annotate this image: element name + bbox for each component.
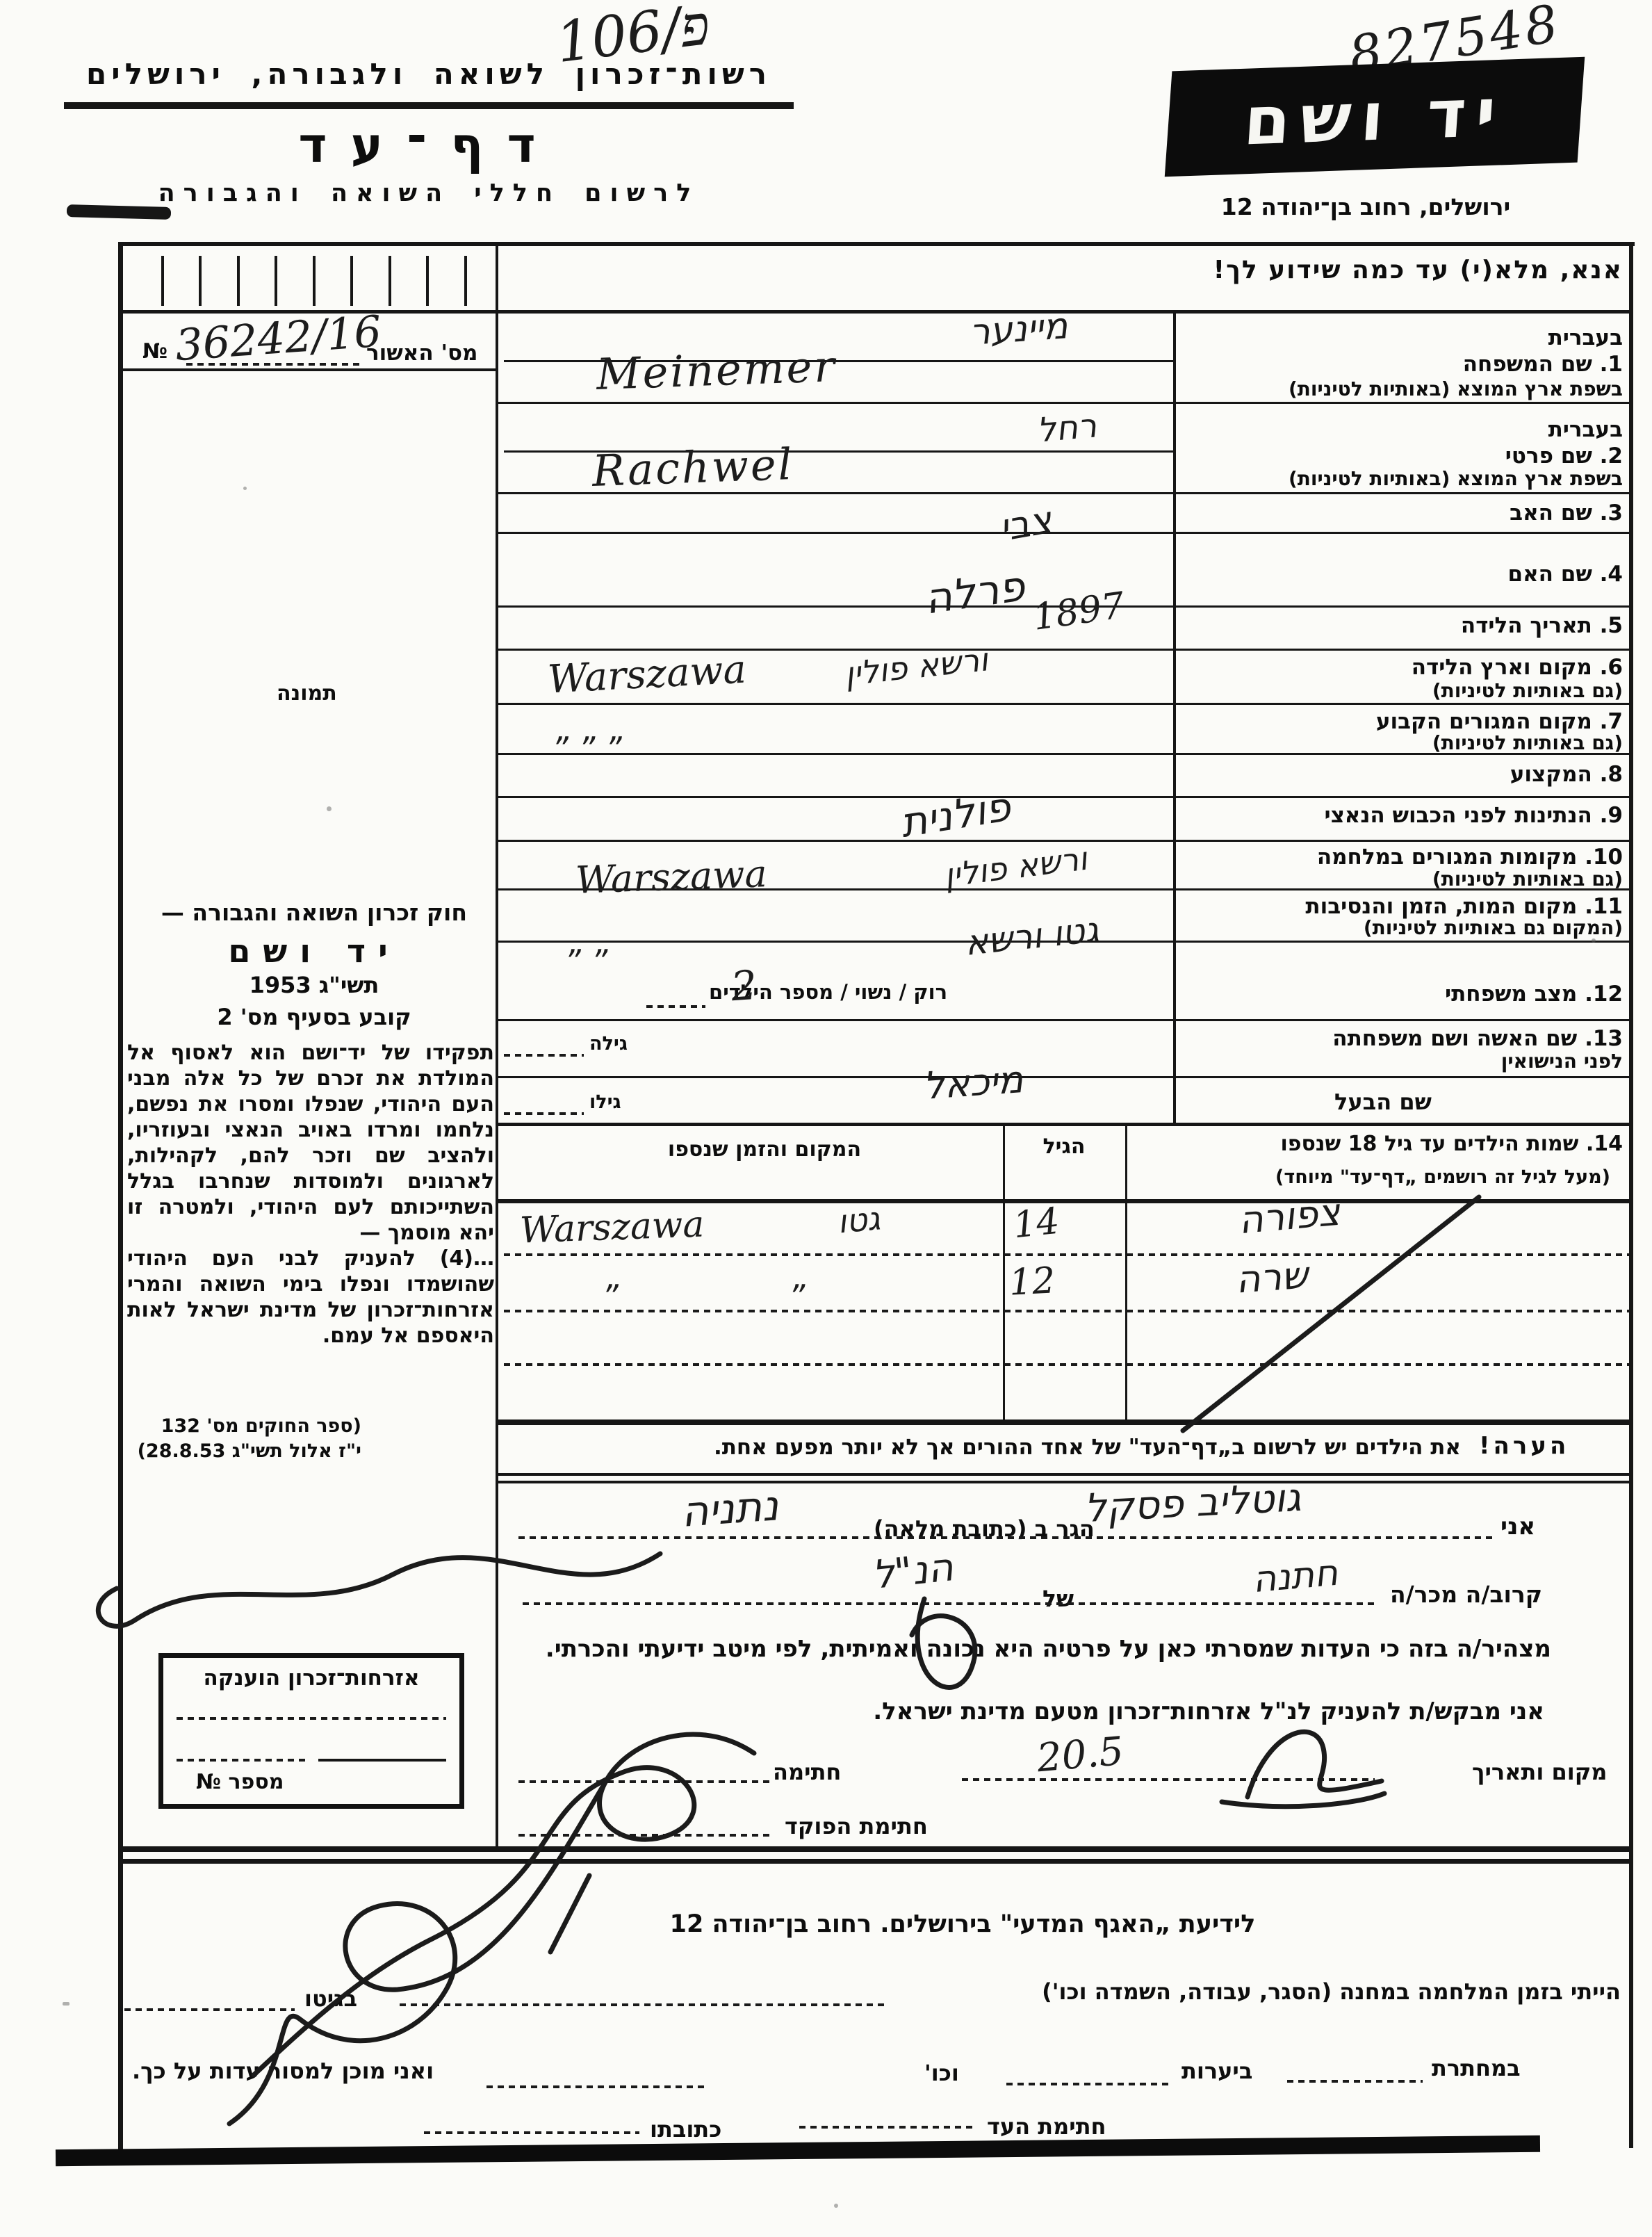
office-address: ירושלים, רחוב בן־יהודה 12 (1147, 193, 1585, 220)
relative-label: קרוב/ה מכר/ה (1390, 1581, 1542, 1608)
signature-label: חתימה (773, 1759, 841, 1785)
form-title: דף־עד (64, 117, 794, 174)
hw-father-name: צבי (996, 498, 1055, 550)
official-signature-dotted (518, 1834, 771, 1837)
note-text: את הילדים יש לרשום ב„דף־העד" של אחד ההור… (530, 1435, 1461, 1460)
table-row-line (504, 1363, 1629, 1366)
table-row-line (504, 1253, 1629, 1256)
row-divider (496, 1019, 1633, 1021)
field11-number: 11. (1585, 894, 1623, 919)
hw-citizenship: פולנית (897, 783, 1014, 847)
of-label: של (1042, 1585, 1074, 1612)
field1-number: 1. (1600, 352, 1623, 377)
field10-number: 10. (1585, 845, 1623, 870)
hw-declarant-name: גוטליב פסקל (1083, 1475, 1302, 1531)
field13-number: 13. (1585, 1026, 1623, 1051)
field3-number: 3. (1600, 501, 1623, 526)
grant-box-dotted-line (177, 1759, 310, 1762)
declaration-request: אני מבקש/ת להעניק לנ"ל אזרחות־זכרון מטעם… (796, 1698, 1544, 1725)
law-name: יד ושם (133, 932, 495, 970)
field11-label-text: מקום המות, הזמן והנסיבות (1305, 894, 1577, 919)
hw-birth-date: 1897 (1030, 585, 1127, 639)
his-age-dotted (504, 1112, 584, 1115)
hw-residence-ditto: „ „ „ (556, 710, 626, 748)
law-paragraph-block: תפקידו של יד־ושם הוא לאסוף אל המולדת את … (127, 1040, 494, 1349)
his-age-label: גילו (589, 1091, 621, 1113)
footer-dotted (486, 2085, 709, 2088)
fill-instruction: אנא, מלא(י) עד כמה שידוע לך! (1213, 256, 1623, 284)
authority-title: רשות־זכרון לשואה ולגבורה, ירושלים (64, 57, 794, 91)
field4-label: 4. שם האם (1508, 562, 1624, 587)
children-field-sub-label: (מעל לגיל זה רושמים „דף־עד" מיוחד) (1275, 1166, 1610, 1188)
field6-label: 6. מקום וארץ הלידה (1412, 655, 1623, 680)
hw-givenname-latin: Rachwel (591, 439, 795, 496)
form-subtitle: לרשום חללי השואה והגבורה (64, 179, 794, 207)
field12-number: 12. (1585, 982, 1623, 1007)
field1-sub-label: בשפת ארץ המוצא (באותיות לטיניות) (1289, 377, 1623, 400)
ruler-tick (199, 256, 202, 306)
photo-placeholder-label: תמונה (277, 681, 337, 706)
footer-dotted (799, 2126, 973, 2129)
ruler-tick (389, 256, 391, 306)
field1-label-text: שם המשפחה (1463, 352, 1592, 377)
left-column-divider (496, 242, 498, 1849)
children-field-label: 14. שמות הילדים עד גיל 18 שנספו (1280, 1132, 1623, 1156)
law-citation-line1: (ספר החוקים מס' 132 (132, 1415, 361, 1437)
witness-address-label: כתובתו (650, 2116, 721, 2142)
date-underline-stroke (1222, 1793, 1384, 1807)
hw-child2-name: שרה (1234, 1253, 1309, 1301)
hw-war-residence-latin: Warszawa (575, 852, 768, 902)
children-field-number: 14. (1586, 1132, 1623, 1156)
field7-label: 7. מקום המגורים הקבוע (1376, 709, 1623, 734)
husband-name-label: שם הבעל (1334, 1089, 1432, 1115)
forests-label: ביערות (1181, 2058, 1252, 2084)
field6-sub-label: (גם באותיות לטיניות) (1432, 679, 1623, 702)
field3-label-text: שם האב (1510, 501, 1592, 526)
grant-box-solid-line (318, 1759, 446, 1762)
hw-surname-hebrew: מיינער (968, 305, 1069, 354)
hw-war-residence-hebrew: ורשא פולין (942, 840, 1089, 895)
witness-signature-label: חתימת העד (987, 2113, 1106, 2140)
ghetto-label: בגיטו (304, 1985, 357, 2012)
double-rule (120, 1859, 1633, 1864)
hw-child2-age: 12 (1008, 1260, 1056, 1303)
etc-label: וכו' (924, 2060, 959, 2086)
ruler-tick (275, 256, 277, 306)
field12-label-text: מצב משפחתי (1445, 982, 1577, 1007)
hw-givenname-hebrew: רחל (1036, 406, 1098, 450)
declarant-i-label: אני (1500, 1513, 1535, 1540)
hw-place-of-death: גטו ורשא (963, 909, 1100, 963)
yad-vashem-logo: יד ושם (1165, 57, 1585, 177)
footer-dotted (1006, 2083, 1172, 2085)
table-vertical-divider (1125, 1123, 1127, 1422)
testimony-page-scan: 106/פ 827548 רשות־זכרון לשואה ולגבורה, י… (0, 0, 1652, 2237)
double-rule (496, 1481, 1633, 1483)
ruler-tick (161, 256, 164, 306)
date-flourish-stroke (1248, 1732, 1382, 1797)
col-header-age: הגיל (1003, 1134, 1125, 1159)
footer-dotted (124, 2008, 295, 2011)
field13-label-text: שם האשה ושם משפחתה (1332, 1026, 1577, 1051)
camp-line-label: הייתי בזמן המלחמה במחנה (הסגר, עבודה, הש… (1042, 1978, 1621, 2005)
field2-label: 2. שם פרטי (1505, 444, 1623, 469)
testify-label: ואני מוכן למסור עדות על כך. (132, 2058, 434, 2084)
hw-child1-age: 14 (1011, 1201, 1061, 1247)
field7-label-text: מקום המגורים הקבוע (1376, 709, 1592, 734)
frame-left (118, 242, 123, 2159)
footer-dotted (400, 2003, 885, 2006)
handwritten-approval-number: 36242/16 (174, 306, 383, 371)
field11-sub-label: (המקום גם באותיות לטיניות) (1364, 916, 1623, 939)
hw-birthplace-latin: Warszawa (546, 647, 747, 703)
field8-label: 8. המקצוע (1510, 762, 1623, 787)
approval-number-label: מס' האשור (366, 341, 477, 366)
ruler-tick (313, 256, 316, 306)
field9-number: 9. (1600, 803, 1623, 828)
speckle (243, 487, 247, 490)
hw-child1-place-latin: Warszawa (519, 1203, 705, 1251)
hw-child1-place-hebrew: גטו (836, 1199, 882, 1240)
field10-sub-label: (גם באותיות לטיניות) (1432, 868, 1623, 890)
field9-label-text: הנתינות לפני הכבוש הנאצי (1324, 803, 1592, 828)
law-clause: קובע בסעיף מס' 2 (133, 1004, 495, 1030)
table-top-rule (496, 1123, 1633, 1126)
declaration-statement: מצהיר/ה בזה כי העדות שמסרתי כאן על פרטיה… (493, 1635, 1551, 1663)
double-rule (120, 1846, 1633, 1852)
frame-bottom-bar (56, 2136, 1540, 2167)
table-header-rule (496, 1199, 1633, 1203)
field5-label-text: תאריך הלידה (1461, 613, 1592, 638)
address-flourish-stroke (98, 1554, 660, 1626)
table-row-line (504, 1310, 1629, 1312)
speckle (1592, 938, 1596, 943)
row-divider (496, 753, 1633, 755)
row-divider (496, 1076, 1633, 1078)
field4-number: 4. (1600, 562, 1623, 587)
field7-sub-label: (גם באותיות לטיניות) (1432, 731, 1623, 754)
col-header-place: המקום והזמן שנספו (542, 1137, 987, 1162)
hw-declarant-address: נתניה (680, 1481, 780, 1537)
approval-number-symbol: № (142, 339, 167, 364)
double-rule (496, 1473, 1633, 1476)
row-divider (496, 532, 1633, 534)
hw-relation-of: הנ"ל (870, 1545, 956, 1598)
hw-child1-name: צפורה (1237, 1190, 1342, 1243)
grant-box-title: אזרחות־זכרון הוענקה (167, 1666, 456, 1691)
field13-label: 13. שם האשה ושם משפחתה (1332, 1026, 1623, 1051)
field2-number: 2. (1600, 444, 1623, 469)
hw-surname-latin: Meinemer (596, 341, 837, 400)
divider (118, 368, 497, 371)
field8-number: 8. (1600, 762, 1623, 787)
declaration-dotted (518, 1536, 1497, 1539)
row-divider (496, 402, 1633, 404)
her-age-label: גילה (589, 1033, 628, 1055)
row-divider (496, 703, 1633, 705)
ruler-tick (237, 256, 240, 306)
footer-dotted (424, 2131, 639, 2134)
law-year: תשי"ג 1953 (133, 972, 495, 998)
field10-label-text: מקומות המגורים במלחמה (1317, 845, 1577, 870)
field9-label: 9. הנתינות לפני הכבוש הנאצי (1324, 803, 1623, 828)
field8-label-text: המקצוע (1510, 762, 1592, 787)
place-date-dotted (962, 1778, 1375, 1781)
field5-number: 5. (1600, 613, 1623, 638)
law-title: חוק זכרון השואה והגבורה — (133, 899, 495, 926)
field7-number: 7. (1600, 709, 1623, 734)
law-text: תפקידו של יד־ושם הוא לאסוף אל המולדת את … (127, 1040, 494, 1246)
signature-dotted (518, 1780, 771, 1783)
ruler-tick (464, 256, 467, 306)
speckle (834, 2204, 838, 2208)
grant-box-number-label: מספר № (196, 1770, 284, 1794)
speckle (327, 806, 332, 811)
hw-relation: חתנה (1251, 1552, 1340, 1601)
law-citation-line2: י"ז אלול תשי"ג 28.8.53) (132, 1440, 361, 1462)
field10-label: 10. מקומות המגורים במלחמה (1317, 845, 1623, 870)
official-signature-label: חתימת הפוקד (785, 1813, 928, 1839)
place-date-label: מקום ותאריך (1472, 1759, 1607, 1785)
field12-label: 12. מצב משפחתי (1445, 982, 1623, 1007)
declaration-dotted (523, 1602, 1375, 1605)
field6-number: 6. (1600, 655, 1623, 680)
field4-label-text: שם האם (1508, 562, 1592, 587)
footer-info: לידיעת „האגף המדעי" בירושלים. רחוב בן־יה… (584, 1910, 1341, 1938)
law-text-continued: …(4) להעניק לבני העם היהודי שהושמדו ונפל… (127, 1246, 494, 1349)
marital-dotted (646, 1005, 705, 1008)
her-age-dotted (504, 1054, 584, 1057)
ruler-tick (426, 256, 429, 306)
right-column-divider (1173, 310, 1176, 1125)
ink-smudge (67, 204, 171, 220)
field11-label: 11. מקום המות, הזמן והנסיבות (1305, 894, 1623, 919)
field2-sub-label: בשפת ארץ המוצא (באותיות לטיניות) (1289, 467, 1623, 490)
hw-war-residence-ditto: „ „ (569, 923, 612, 961)
note-label: הערה! (1479, 1432, 1569, 1460)
children-field-label-text: שמות הילדים עד גיל 18 שנספו (1280, 1132, 1578, 1156)
field5-label: 5. תאריך הלידה (1461, 613, 1623, 638)
hw-child2-place-ditto: „ „ (606, 1258, 809, 1296)
hw-children-count: 2 (730, 961, 759, 1010)
logo-text: יד ושם (1241, 73, 1508, 160)
hw-mother-name: פרלה (922, 562, 1028, 624)
field13-sub-label: לפני הנישואין (1501, 1050, 1623, 1073)
grant-box-dotted-line (177, 1717, 446, 1720)
header-rule (64, 102, 794, 109)
table-bottom-rule (496, 1420, 1633, 1425)
hw-date: 20.5 (1035, 1729, 1125, 1782)
field6-label-text: מקום וארץ הלידה (1412, 655, 1592, 680)
field3-label: 3. שם האב (1510, 501, 1623, 526)
underground-label: במחתרת (1432, 2055, 1521, 2081)
field1-pre-label: בעברית (1548, 325, 1623, 350)
field1-label: 1. שם המשפחה (1463, 352, 1623, 377)
table-vertical-divider (1003, 1123, 1005, 1422)
field2-pre-label: בעברית (1548, 417, 1623, 442)
field2-label-text: שם פרטי (1505, 444, 1592, 469)
hw-husband-name: מיכאל (922, 1057, 1024, 1108)
ruler-tick (350, 256, 353, 306)
footer-dotted (1287, 2080, 1423, 2083)
frame-top (118, 242, 1635, 246)
row-divider (496, 796, 1633, 798)
speckle (63, 2002, 69, 2006)
